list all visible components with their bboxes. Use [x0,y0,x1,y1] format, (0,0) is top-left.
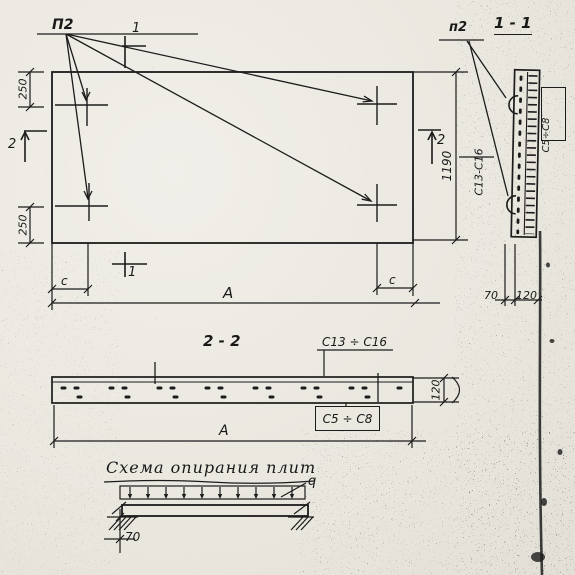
page-fold-line [540,231,542,575]
drawing-linework [0,0,575,575]
plan-dim-A-label: А [223,286,233,301]
section-1-1-dim-120-label: 120 [516,290,537,301]
cut-1-top-label: 1 [132,22,140,35]
cut-2-left-label: 2 [8,138,16,151]
section-2-2-mesh-bottom-label: С5 ÷ С8 [323,413,373,425]
section-1-1-dim-70-label: 70 [484,290,498,301]
scheme-load-q-label: q [308,475,316,488]
section-1-1-p2-label: п2 [449,21,467,34]
section-2-2-mesh-bottom-box: С5 ÷ С8 [315,406,380,431]
section-2-2-label-leaders [317,350,393,407]
scheme-title-underline [104,481,314,484]
section-1-1-body [506,70,539,238]
section-2-2-dim-A-label: А [219,424,229,438]
plan-bottom-dims [48,243,440,310]
section-cut-marks-2 [21,130,441,164]
scheme-dim-70-label: 70 [125,531,140,543]
support-scheme-title: Схема опирания плит [106,460,316,476]
plan-dim-c-right-label: с [389,274,396,286]
plan-dim-c-left-label: с [61,275,68,287]
scheme-beam [122,505,308,516]
section-2-2-dim-120-label: 120 [431,380,442,401]
plan-dim-250-top-label: 250 [18,79,29,100]
cut-1-bottom-label: 1 [128,266,136,279]
plan-dim-250-bottom-label: 250 [18,215,29,236]
section-1-1-mesh-right-box: С5÷С8 [541,87,566,141]
scheme-load-band [120,483,306,499]
section-2-2-slab [52,362,413,403]
scan-blotches [531,263,563,563]
section-1-1-title: 1 - 1 [494,16,532,35]
section-2-2-mesh-top-label: С13 ÷ С16 [322,336,387,348]
section-1-1-mesh-right-label: С5÷С8 [542,117,552,152]
cut-2-right-label: 2 [437,134,445,147]
section-1-1-mesh-left-label: С13-С16 [474,148,485,195]
plan-lifting-loop-marks [55,86,397,222]
plan-p2-label: П2 [52,18,73,32]
plan-dim-1190-label: 1190 [441,151,453,182]
scanned-drawing-sheet: П2 1 1 2 2 250 250 1190 с с А 1 - 1 п2 С… [0,0,575,575]
section-2-2-title: 2 - 2 [203,334,241,349]
